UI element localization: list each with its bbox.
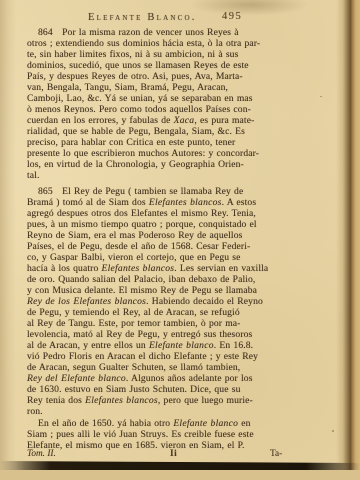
text-line: de Aracan, segun Gualter Schuten, se lla… — [27, 362, 321, 373]
text-line: Siam ; pues alli le vió Juan Struys. Es … — [27, 429, 321, 440]
text-line: te, sin haber limites fixos, ni à su amb… — [27, 49, 321, 60]
text-line: Países, el de Pegu, desde el año de 1568… — [27, 241, 321, 252]
text-line: dominios, sucedió, que unos se llamasen … — [27, 60, 321, 71]
running-header-title: Elefante Blanco. — [88, 12, 197, 23]
text-line: ò menos Reynos. Pero como todos aquellos… — [27, 104, 321, 115]
text-line: hacía à los quatro Elefantes blancos. Le… — [27, 263, 321, 274]
text-line: presente lo que escribieron muchos Autor… — [27, 148, 321, 159]
text-line: de oro. Quando salian del Palacio, iban … — [27, 274, 321, 285]
paragraph: En el año de 1650. yá habia otro Elefant… — [27, 418, 321, 451]
text-line: y con Musica delante. El mismo Rey de Pe… — [27, 285, 321, 296]
text-line: co, y Gaspar Balbi, vieron el cortejo, q… — [27, 252, 321, 263]
text-line: de 1630. estuvo en Siam Justo Schuten. D… — [27, 384, 321, 395]
text-line: pues, à un mismo tiempo quatro ; porque,… — [27, 219, 321, 230]
text-line: vió Pedro Floris en Aracan el dicho Elef… — [27, 351, 321, 362]
text-line: preciso, para hablar con Critica en este… — [27, 137, 321, 148]
paragraph: 864 Por la misma razon de vencer unos Re… — [27, 27, 321, 181]
text-line: otros ; extendiendo sus dominios hácia e… — [27, 38, 321, 49]
catchword: Ta- — [270, 449, 282, 459]
text-line: cuerdan en los errores, y fabulas de Xac… — [27, 115, 321, 126]
paper-speck — [332, 430, 334, 432]
text-line: Rey tenia dos Elefantes blancos, pero qu… — [27, 395, 321, 406]
text-line: Bramá ) tomó al de Siam dos Elefantes bl… — [27, 197, 321, 208]
page-footer: Tom. II. Ii Ta- — [27, 449, 321, 461]
text-line: Reyno de Siam, era el mas Poderoso Rey d… — [27, 230, 321, 241]
text-line: tal. — [27, 170, 321, 181]
text-line: 865 El Rey de Pegu ( tambien se llamaba … — [27, 186, 321, 197]
text-line: van, Bengala, Tangu, Siam, Bramá, Pegu, … — [27, 82, 321, 93]
below-page-area — [0, 470, 360, 480]
text-line: 864 Por la misma razon de vencer unos Re… — [27, 27, 321, 38]
text-line: al Rey de Tangu. Este, por temor tambien… — [27, 318, 321, 329]
signature-mark: Ii — [170, 449, 177, 459]
right-page-edge — [336, 0, 360, 480]
text-line: agregó despues otros dos Elefantes el mi… — [27, 208, 321, 219]
text-line: País, y despues Reyes de otro. Asi, pues… — [27, 71, 321, 82]
text-line: Rey de los Elefantes blancos. Habiendo d… — [27, 296, 321, 307]
text-line: rialidad, que se hable de Pegu, Bengala,… — [27, 126, 321, 137]
ink-bleed-smudge — [190, 0, 310, 16]
text-line: los, en virtud de la Chronologia, y Geog… — [27, 159, 321, 170]
text-block: 864 Por la misma razon de vencer unos Re… — [27, 27, 321, 451]
left-page-edge — [0, 0, 16, 480]
page-number: 495 — [222, 11, 242, 22]
text-line: Camboji, Lao, &c. Yá se unian, yá se sep… — [27, 93, 321, 104]
scanned-book-page: Elefante Blanco. 495 864 Por la misma ra… — [0, 0, 360, 480]
text-line: levolencia, mató al Rey de Pegu, y entre… — [27, 329, 321, 340]
text-line: al de Aracan, y entre ellos un Elefante … — [27, 340, 321, 351]
paper-speck — [320, 96, 322, 97]
text-line: En el año de 1650. yá habia otro Elefant… — [27, 418, 321, 429]
paragraph: 865 El Rey de Pegu ( tambien se llamaba … — [27, 186, 321, 417]
text-line: Rey del Elefante blanco. Algunos años ad… — [27, 373, 321, 384]
text-line: ron. — [27, 406, 321, 417]
volume-label: Tom. II. — [27, 449, 56, 459]
text-line: de Pegu, y temiendo el Rey, al de Aracan… — [27, 307, 321, 318]
